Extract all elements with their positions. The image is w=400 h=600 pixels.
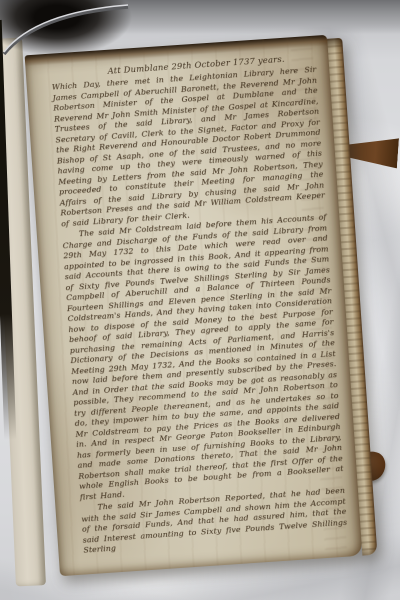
entry-paragraph-accounts: The said Mr Coldstream laid before them … bbox=[62, 212, 345, 502]
manuscript-book: Att Dumblane 29th October 1737 years. Wh… bbox=[25, 34, 378, 576]
manuscript-page: Att Dumblane 29th October 1737 years. Wh… bbox=[25, 35, 363, 576]
entry-paragraph-attendance: Which Day, there met in the Leightonian … bbox=[52, 65, 326, 230]
manuscript-photograph: Att Dumblane 29th October 1737 years. Wh… bbox=[0, 0, 400, 600]
handwritten-entry: Att Dumblane 29th October 1737 years. Wh… bbox=[25, 35, 363, 576]
